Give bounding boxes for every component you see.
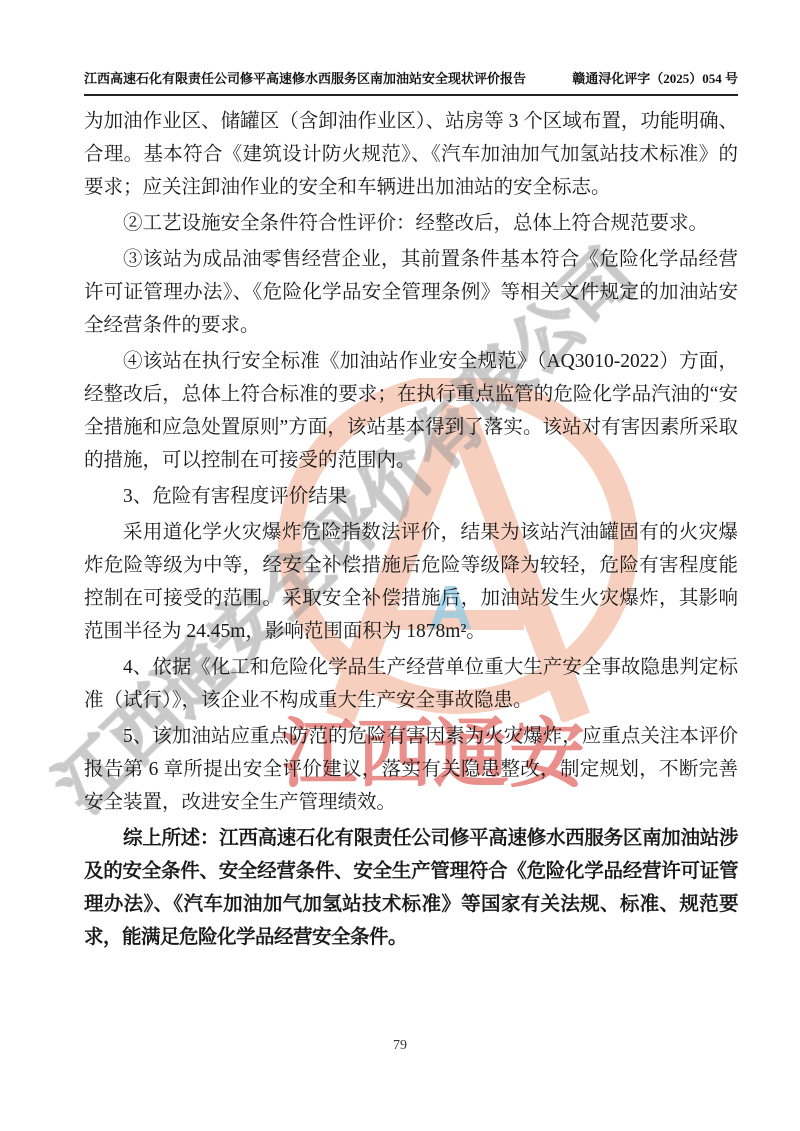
document-body: 为加油作业区、储罐区（含卸油作业区）、站房等 3 个区域布置，功能明确、合理。基…: [84, 105, 738, 954]
paragraph: 4、依据《化工和危险化学品生产经营单位重大生产安全事故隐患判定标准（试行）》，该…: [84, 651, 738, 717]
paragraph: 采用道化学火灾爆炸危险指数法评价，结果为该站汽油罐固有的火灾爆炸危险等级为中等，…: [84, 516, 738, 648]
paragraph: 综上所述：江西高速石化有限责任公司修平高速修水西服务区南加油站涉及的安全条件、安…: [84, 822, 738, 954]
paragraph: ③该站为成品油零售经营企业，其前置条件基本符合《危险化学品经营许可证管理办法》、…: [84, 243, 738, 342]
header-report-title: 江西高速石化有限责任公司修平高速修水西服务区南加油站安全现状评价报告: [84, 68, 526, 87]
paragraph: 3、危险有害程度评价结果: [84, 480, 738, 513]
document-content: 江西高速石化有限责任公司修平高速修水西服务区南加油站安全现状评价报告 赣通浔化评…: [0, 0, 800, 954]
paragraph: ④该站在执行安全标准《加油站作业安全规范》（AQ3010-2022）方面，经整改…: [84, 345, 738, 477]
page-header: 江西高速石化有限责任公司修平高速修水西服务区南加油站安全现状评价报告 赣通浔化评…: [84, 68, 738, 96]
page-footer: 79: [0, 1038, 800, 1054]
report-page: A 江西通安全评价有限公司 江西通安 江西高速石化有限责任公司修平高速修水西服务…: [0, 0, 800, 1131]
header-doc-number: 赣通浔化评字（2025）054 号: [572, 68, 738, 87]
page-number: 79: [393, 1038, 407, 1053]
paragraph: 为加油作业区、储罐区（含卸油作业区）、站房等 3 个区域布置，功能明确、合理。基…: [84, 105, 738, 204]
paragraph: 5、该加油站应重点防范的危险有害因素为火灾爆炸，应重点关注本评价报告第 6 章所…: [84, 720, 738, 819]
paragraph: ②工艺设施安全条件符合性评价：经整改后，总体上符合规范要求。: [84, 207, 738, 240]
